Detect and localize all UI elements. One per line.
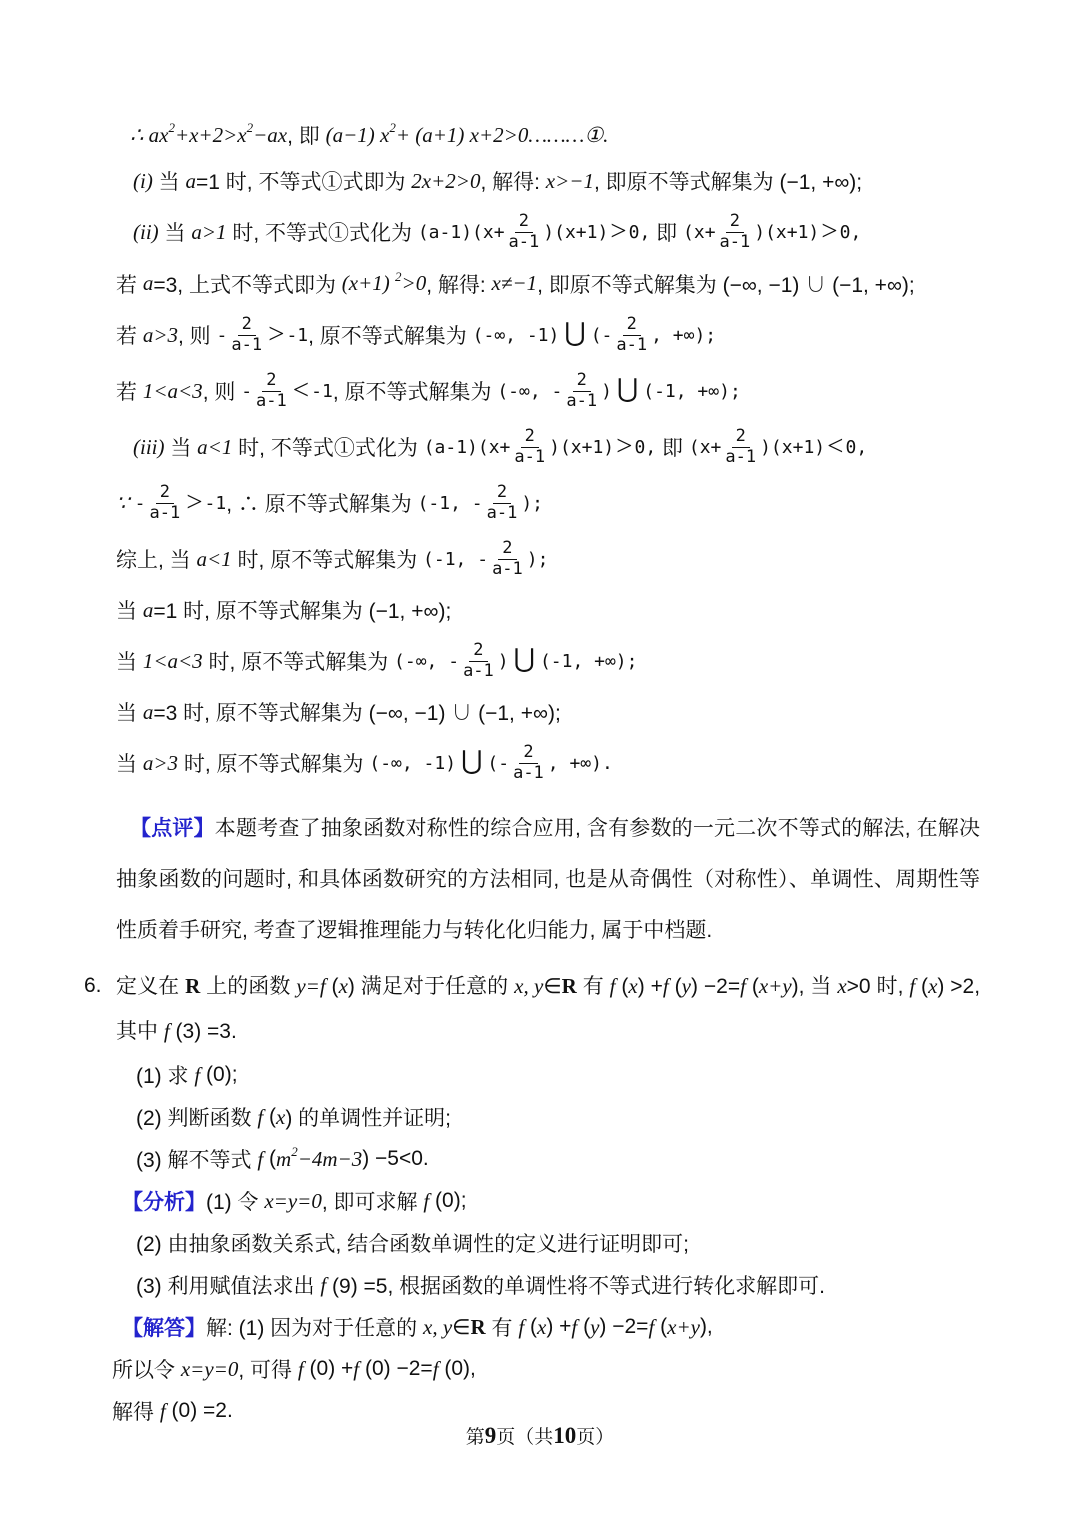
math-run: x, y (514, 974, 543, 998)
math-run: (a−1) x (326, 123, 390, 148)
text-run: , 原不等式解集为 (308, 320, 473, 350)
math-run: x (537, 1315, 546, 1340)
text-run: ( (616, 975, 629, 998)
text-run: 当 (153, 166, 186, 196)
text-run: ), (700, 1315, 713, 1339)
question-section: (1) 求 f (0);(2) 判断函数 f (x) 的单调性并证明;(3) 解… (116, 1054, 980, 1432)
text-run: ∈ (452, 1315, 470, 1340)
union-symbol: ⋃ (461, 748, 482, 774)
fraction-numerator: 2 (726, 212, 744, 233)
math-run: y (590, 1315, 599, 1340)
math-run: ∴ ax (130, 123, 168, 148)
math-fraction: 2a-1 (716, 212, 755, 252)
text-run: ( (524, 1315, 537, 1339)
fraction-numerator: 2 (498, 539, 516, 560)
fraction-numerator: 2 (732, 427, 750, 448)
math-fraction: -2a-1 (472, 483, 522, 523)
text-run: ) −2= (599, 1315, 648, 1339)
text-run: , 即原不等式解集为 (−1, +∞); (594, 166, 862, 196)
summary-a-eq3-line: 当 a=3 时, 原不等式解集为 (−∞, −1) ∪ (−1, +∞); (116, 689, 980, 735)
text-run: (0) =2. (166, 1399, 233, 1423)
fraction-sign: - (217, 325, 228, 346)
math-fraction: -2a-1 (217, 315, 267, 355)
union-symbol: ⋃ (617, 376, 638, 402)
derivation-line: ∴ ax2+x+2>x2−ax, 即 (a−1) x2+ (a+1) x+2>0… (130, 112, 980, 158)
math-run: x (837, 974, 846, 998)
analysis-line-1: 【分析】(1) 令 x=y=0, 即可求解 f (0); (122, 1180, 980, 1222)
math-run: 1<a<3 (143, 379, 203, 404)
formula-run: (- (487, 753, 509, 774)
question-part-3: (3) 解不等式 f (m2−4m−3) −5<0. (136, 1138, 980, 1180)
case-1a3-line: 若 1<a<3, 则 -2a-1<-1, 原不等式解集为 (-∞, -2a-1)… (116, 363, 980, 419)
text-run: ) + (638, 975, 663, 998)
text-run: 即 (656, 432, 689, 462)
relation-symbol: > (268, 320, 284, 349)
text-run: , 解得: (426, 269, 491, 299)
formula-run: , +∞). (548, 753, 613, 774)
text-run: , 可得 (238, 1354, 298, 1384)
bold-run: R (470, 1315, 485, 1340)
text-run: (1) 求 (136, 1060, 194, 1090)
bold-run: R (562, 974, 577, 998)
superscript: 2 (168, 120, 175, 136)
math-run: y=f (296, 974, 325, 998)
text-run: =1 时, 原不等式解集为 (−1, +∞); (153, 595, 451, 625)
comment-tag: 【点评】 (130, 817, 215, 840)
relation-symbol: > (616, 432, 632, 461)
formula-run: 0, (635, 437, 657, 458)
text-run: 时, 不等式①式化为 (232, 432, 423, 462)
summary-1a3-line: 当 1<a<3 时, 原不等式解集为 (-∞, -2a-1)⋃(-1, +∞); (116, 633, 980, 689)
text-run: ( (915, 975, 928, 998)
text-run: =3, 上式不等式即为 (153, 269, 341, 299)
fraction-denominator: a-1 (485, 504, 520, 524)
case-i-line: (i) 当 a=1 时, 不等式①式即为 2x+2>0, 解得: x>−1, 即… (133, 158, 980, 204)
text-run: 有 (486, 1312, 519, 1342)
text-run: (0); (429, 1189, 466, 1213)
fraction-numerator: 2 (469, 641, 487, 662)
relation-symbol: > (186, 488, 202, 517)
text-run: 若 (116, 320, 143, 350)
formula-run: )(x+1) (549, 437, 614, 458)
math-fraction: 2a-1 (721, 427, 760, 467)
text-run: 时, 原不等式解集为 (203, 646, 394, 676)
formula-run: (x+ (683, 222, 716, 243)
relation-symbol: < (827, 432, 843, 461)
math-run: +x+2>x (175, 123, 247, 148)
math-run: a>3 (143, 751, 178, 776)
union-symbol: ⋃ (564, 320, 585, 346)
text-run: 当 (116, 748, 143, 778)
fraction-numerator: 2 (262, 371, 280, 392)
footer-prefix: 第 (466, 1427, 485, 1448)
math-run: a<1 (197, 547, 232, 572)
text-run: =1 时, 不等式①式即为 (196, 166, 411, 196)
summary-a-gt3-line: 当 a>3 时, 原不等式解集为 (-∞, -1)⋃(-2a-1, +∞). (116, 735, 980, 791)
text-run: , 即原不等式解集为 (−∞, −1) ∪ (−1, +∞); (537, 269, 915, 299)
text-run: >0 时, (847, 975, 910, 998)
formula-run: (-∞, -1) (369, 753, 456, 774)
fraction-denominator: a-1 (229, 336, 264, 356)
text-run: 时, 原不等式解集为 (178, 748, 369, 778)
question-part-2: (2) 判断函数 f (x) 的单调性并证明; (136, 1096, 980, 1138)
text-run: ) 的单调性并证明; (285, 1102, 451, 1132)
fraction-denominator: a-1 (723, 448, 758, 468)
math-run: (ii) (133, 220, 159, 245)
formula-run: 0, (629, 222, 651, 243)
math-run: x≠−1 (492, 271, 538, 296)
fraction-numerator: 2 (573, 371, 591, 392)
text-run: ∈ (543, 975, 561, 998)
footer-middle: 页（共 (496, 1427, 553, 1448)
text-run: , ∴ 原不等式解集为 (226, 488, 417, 518)
formula-run: ); (527, 549, 549, 570)
relation-symbol: > (610, 217, 626, 246)
math-run: >0 (402, 271, 427, 296)
text-run: ( (263, 1147, 276, 1171)
math-fraction: 2a-1 (505, 212, 544, 252)
text-run: ( (326, 975, 339, 998)
formula-run: (a-1)(x+ (418, 222, 505, 243)
math-run: + (a+1) x+2>0………①. (396, 123, 609, 148)
text-run: (0) + (304, 1357, 354, 1381)
text-run: 综上, 当 (116, 544, 197, 574)
fraction-denominator: a-1 (254, 392, 289, 412)
math-fraction: -2a-1 (552, 371, 602, 411)
text-run: (2) 由抽象函数关系式, 结合函数单调性的定义进行证明即可; (136, 1228, 689, 1258)
case-iii-line: (iii) 当 a<1 时, 不等式①式化为 (a-1)(x+2a-1)(x+1… (133, 419, 980, 475)
math-run: a>3 (143, 323, 178, 348)
math-run: x+y (667, 1315, 700, 1340)
fraction-numerator: 2 (521, 427, 539, 448)
formula-run: (-1, (418, 493, 472, 514)
text-run: 当 (116, 595, 143, 625)
formula-run: ); (521, 493, 543, 514)
answer-line-2: 所以令 x=y=0, 可得 f (0) +f (0) −2=f (0), (112, 1348, 980, 1390)
text-run: , 即 (287, 120, 326, 150)
text-run: , 即可求解 (322, 1186, 424, 1216)
solution-section: ∴ ax2+x+2>x2−ax, 即 (a−1) x2+ (a+1) x+2>0… (116, 112, 980, 791)
fraction-denominator: a-1 (512, 448, 547, 468)
fraction-sign: - (472, 493, 483, 514)
text-run: 解: (1) 因为对于任意的 (206, 1312, 423, 1342)
document-page: ∴ ax2+x+2>x2−ax, 即 (a−1) x2+ (a+1) x+2>0… (0, 0, 1080, 1527)
superscript: 2 (291, 1144, 298, 1160)
formula-run: (-1, +∞); (643, 381, 741, 402)
question-part-1: (1) 求 f (0); (136, 1054, 980, 1096)
math-run: x+y (759, 974, 792, 998)
text-run: 若 (116, 376, 143, 406)
math-run: x, y (423, 1315, 452, 1340)
text-run: (3) 解不等式 (136, 1144, 257, 1174)
summary-a-lt1-line: 综上, 当 a<1 时, 原不等式解集为 (-1, -2a-1); (116, 531, 980, 587)
math-run: (i) (133, 169, 153, 194)
math-run: 1<a<3 (143, 649, 203, 674)
math-fraction: -2a-1 (241, 371, 291, 411)
text-run: , 原不等式解集为 (333, 376, 498, 406)
text-run: (0) −2= (359, 1357, 433, 1381)
math-run: x>−1 (546, 169, 594, 194)
formula-run: (-1, (423, 549, 477, 570)
text-run: ( (654, 1315, 667, 1339)
text-run: (3) =3. (170, 1020, 237, 1043)
math-run: a (143, 700, 154, 725)
formula-run: )(x+1) (754, 222, 819, 243)
text-run: 所以令 (112, 1354, 181, 1384)
math-fraction: -2a-1 (477, 539, 527, 579)
formula-run: , +∞); (651, 325, 716, 346)
math-fraction: -2a-1 (448, 641, 498, 681)
formula-run: (-∞, (497, 381, 551, 402)
text-run: (9) =5, 根据函数的单调性将不等式进行转化求解即可. (326, 1270, 825, 1300)
math-fraction: 2a-1 (509, 743, 548, 783)
text-run: 有 (577, 975, 610, 998)
formula-run: (-∞, (394, 651, 448, 672)
math-run: a (143, 271, 154, 296)
because-line: ∵ -2a-1>-1, ∴ 原不等式解集为 (-1, -2a-1); (116, 475, 980, 531)
math-run: ∵ (116, 491, 135, 516)
comment-paragraph: 【点评】本题考查了抽象函数对称性的综合应用, 含有参数的一元二次不等式的解法, … (116, 803, 980, 956)
fraction-sign: - (448, 651, 459, 672)
text-run: ( (577, 1315, 590, 1339)
formula-run: 0, (845, 437, 867, 458)
footer-total-pages: 10 (553, 1423, 576, 1448)
bold-run: R (185, 974, 200, 998)
formula-run: ) (601, 381, 612, 402)
text-run: 若 (116, 269, 143, 299)
answer-line-1: 【解答】解: (1) 因为对于任意的 x, y∈R 有 f (x) +f (y)… (122, 1306, 980, 1348)
math-run: x (628, 974, 637, 998)
math-run: 2x+2>0 (411, 169, 480, 194)
math-fraction: 2a-1 (612, 315, 651, 355)
text-run: ) −5<0. (362, 1147, 429, 1171)
text-run: 定义在 (116, 975, 185, 998)
superscript: 2 (395, 269, 402, 285)
text-run: 当 (159, 217, 192, 247)
fraction-numerator: 2 (623, 315, 641, 336)
text-run: (3) 利用赋值法求出 (136, 1270, 320, 1300)
fraction-sign: - (477, 549, 488, 570)
math-run: a (186, 169, 197, 194)
fraction-denominator: a-1 (490, 560, 525, 580)
question-6: 6. 定义在 R 上的函数 y=f (x) 满足对于任意的 x, y∈R 有 f… (84, 964, 980, 1054)
math-run: x=y=0 (181, 1357, 238, 1382)
formula-run: -1 (311, 381, 333, 402)
math-run: (x+1) (342, 271, 395, 296)
question-stem: 定义在 R 上的函数 y=f (x) 满足对于任意的 x, y∈R 有 f (x… (116, 964, 980, 1054)
math-run: −4m−3 (298, 1147, 363, 1172)
superscript: 2 (247, 120, 254, 136)
union-symbol: ⋃ (514, 646, 535, 672)
question-number: 6. (84, 964, 116, 1054)
math-run: a>1 (191, 220, 226, 245)
text-run: ) + (546, 1315, 571, 1339)
text-run: , 则 (203, 376, 242, 406)
math-run: x=y=0 (264, 1189, 321, 1214)
fraction-numerator: 2 (515, 212, 533, 233)
fraction-denominator: a-1 (718, 233, 753, 253)
text-run: ( (746, 975, 759, 998)
formula-run: (-∞, -1) (473, 325, 560, 346)
text-run: 即 (650, 217, 683, 247)
text-run: 当 (116, 646, 143, 676)
fraction-denominator: a-1 (507, 233, 542, 253)
formula-run: -1 (205, 493, 227, 514)
fraction-denominator: a-1 (147, 504, 182, 524)
fraction-numerator: 2 (493, 483, 511, 504)
math-run: a (143, 598, 154, 623)
formula-run: )(x+1) (543, 222, 608, 243)
fraction-numerator: 2 (238, 315, 256, 336)
formula-run: (- (591, 325, 613, 346)
footer-page-number: 9 (485, 1423, 497, 1448)
fraction-denominator: a-1 (614, 336, 649, 356)
footer-suffix: 页） (576, 1427, 614, 1448)
text-run: (1) 令 (206, 1186, 264, 1216)
superscript: 2 (389, 120, 396, 136)
math-fraction: 2a-1 (510, 427, 549, 467)
text-run: (2) 判断函数 (136, 1102, 257, 1132)
math-run: a<1 (197, 435, 232, 460)
text-run: (0), (439, 1357, 476, 1381)
relation-symbol: < (293, 376, 309, 405)
case-a3-line: 若 a=3, 上式不等式即为 (x+1) 2>0, 解得: x≠−1, 即原不等… (116, 260, 980, 307)
summary-a-eq1-line: 当 a=1 时, 原不等式解集为 (−1, +∞); (116, 587, 980, 633)
text-run: 时, 不等式①式化为 (227, 217, 418, 247)
math-run: x (928, 974, 937, 998)
text-run: 时, 原不等式解集为 (232, 544, 423, 574)
page-footer: 第9页（共10页） (0, 1422, 1080, 1449)
text-run: (0); (200, 1063, 237, 1087)
fraction-sign: - (241, 381, 252, 402)
label-tag: 【分析】 (122, 1186, 206, 1216)
fraction-denominator: a-1 (511, 764, 546, 784)
text-run: =3 时, 原不等式解集为 (−∞, −1) ∪ (−1, +∞); (153, 697, 560, 727)
text-run: 上的函数 (200, 975, 296, 998)
math-run: x (276, 1105, 285, 1130)
case-a-gt3-line: 若 a>3, 则 -2a-1>-1, 原不等式解集为 (-∞, -1)⋃(-2a… (116, 307, 980, 363)
relation-symbol: > (821, 217, 837, 246)
math-run: y (682, 974, 691, 998)
math-fraction: -2a-1 (135, 483, 185, 523)
text-run: ) 满足对于任意的 (348, 975, 514, 998)
case-ii-line: (ii) 当 a>1 时, 不等式①式化为 (a-1)(x+2a-1)(x+1)… (133, 204, 980, 260)
math-run: m (276, 1147, 291, 1172)
text-run: , 则 (178, 320, 217, 350)
fraction-sign: - (552, 381, 563, 402)
text-run: 当 (116, 697, 143, 727)
formula-run: 0, (840, 222, 862, 243)
comment-text: 本题考查了抽象函数对称性的综合应用, 含有参数的一元二次不等式的解法, 在解决抽… (116, 817, 980, 942)
fraction-denominator: a-1 (461, 662, 496, 682)
fraction-denominator: a-1 (564, 392, 599, 412)
math-run: x (339, 974, 348, 998)
text-run: ( (263, 1105, 276, 1129)
formula-run: (-1, +∞); (540, 651, 638, 672)
formula-run: )(x+1) (760, 437, 825, 458)
formula-run: (a-1)(x+ (424, 437, 511, 458)
formula-run: (x+ (689, 437, 722, 458)
fraction-numerator: 2 (519, 743, 537, 764)
document-body: ∴ ax2+x+2>x2−ax, 即 (a−1) x2+ (a+1) x+2>0… (0, 0, 1080, 1432)
math-run: (iii) (133, 435, 165, 460)
analysis-line-3: (3) 利用赋值法求出 f (9) =5, 根据函数的单调性将不等式进行转化求解… (136, 1264, 980, 1306)
text-run: ) −2= (691, 975, 740, 998)
label-tag: 【解答】 (122, 1312, 206, 1342)
fraction-sign: - (135, 493, 146, 514)
formula-run: ) (498, 651, 509, 672)
analysis-line-2: (2) 由抽象函数关系式, 结合函数单调性的定义进行证明即可; (136, 1222, 980, 1264)
math-run: −ax (253, 123, 287, 148)
formula-run: -1 (286, 325, 308, 346)
text-run: , 解得: (480, 166, 545, 196)
text-run: ( (669, 975, 682, 998)
text-run: ), 当 (792, 975, 838, 998)
fraction-numerator: 2 (156, 483, 174, 504)
text-run: 当 (165, 432, 198, 462)
